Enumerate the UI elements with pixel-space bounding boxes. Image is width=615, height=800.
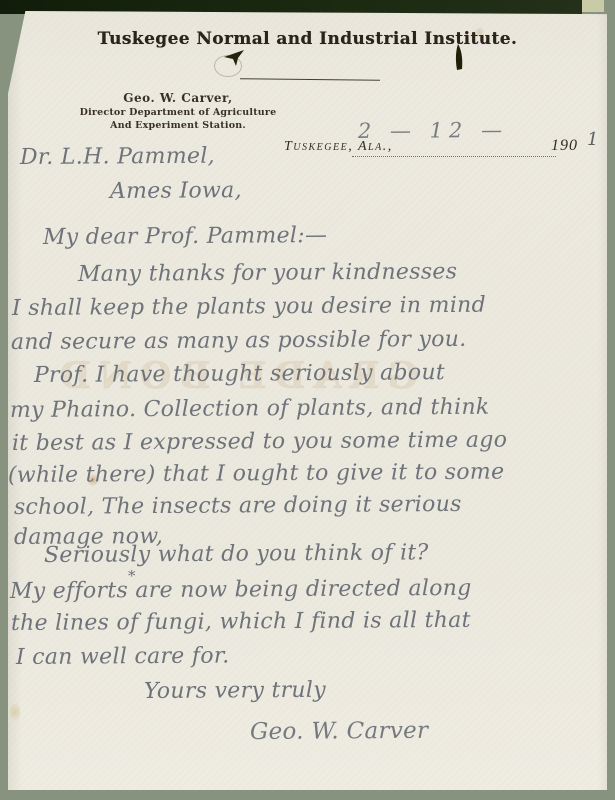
body-line: I shall keep the plants you desire in mi… xyxy=(12,293,486,321)
salutation: My dear Prof. Pammel:— xyxy=(43,223,327,250)
stain-spot xyxy=(10,699,20,725)
recipient-line: Dr. L.H. Pammel, xyxy=(20,144,215,170)
letterhead-institution: Tuskegee Normal and Industrial Institute… xyxy=(8,29,607,49)
body-line: and secure as many as possible for you. xyxy=(11,327,467,355)
body-line: My efforts are now being directed along xyxy=(10,576,472,604)
handwritten-date: 2 — 12 — xyxy=(358,118,508,143)
year-printed: 190 xyxy=(551,137,578,155)
body-line: school, The insects are doing it serious xyxy=(14,492,462,520)
ink-hole-left xyxy=(220,48,246,68)
body-line: Many thanks for your kindnesses xyxy=(78,259,458,287)
body-line: Seriously what do you think of it? xyxy=(44,540,429,568)
signature: Geo. W. Carver xyxy=(250,718,429,746)
cover-band-edge xyxy=(582,0,604,12)
year-handwritten-digit: 1 xyxy=(587,129,599,150)
body-line: it best as I expressed to you some time … xyxy=(12,428,507,456)
body-line: Prof. I have thought seriously about xyxy=(34,360,445,388)
body-line: the lines of fungi, which I find is all … xyxy=(11,608,471,636)
body-line: I can well care for. xyxy=(16,644,230,670)
letterhead-officer-block: Geo. W. Carver, Director Department of A… xyxy=(68,91,288,131)
closing: Yours very truly xyxy=(144,678,326,704)
body-line: (while there) that I ought to give it to… xyxy=(8,460,505,488)
officer-title-line2: And Experiment Station. xyxy=(68,120,288,131)
recipient-line: Ames Iowa, xyxy=(110,178,242,204)
ink-hole-right xyxy=(452,43,466,73)
officer-name: Geo. W. Carver, xyxy=(68,91,288,105)
officer-title-line1: Director Department of Agriculture xyxy=(68,107,288,118)
letterhead-rule xyxy=(240,78,380,80)
letter-sheet: Tuskegee Normal and Industrial Institute… xyxy=(8,11,607,790)
stain-spot xyxy=(474,27,485,37)
body-line: my Phaino. Collection of plants, and thi… xyxy=(10,395,490,423)
